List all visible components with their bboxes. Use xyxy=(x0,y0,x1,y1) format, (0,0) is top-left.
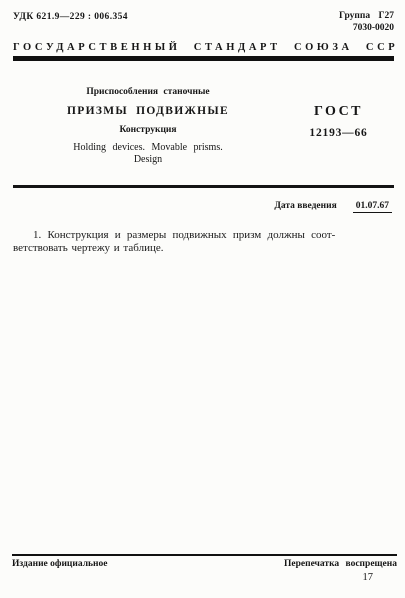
document-subtitle: Конструкция xyxy=(13,125,283,135)
document-page: УДК 621.9—229 : 006.354 Группа Г27 7030-… xyxy=(0,0,405,598)
effective-date-value: 01.07.67 xyxy=(353,201,392,213)
footer-notes-line: Издание официальное Перепечатка воспреще… xyxy=(12,559,397,569)
document-title-english-line2: Design xyxy=(13,154,283,166)
gost-label: ГОСТ xyxy=(283,104,394,120)
document-title-english-line1: Holding devices. Movable prisms. xyxy=(13,142,283,154)
group-label: Группа Г27 xyxy=(339,10,394,22)
gost-designation-block: ГОСТ 12193—66 xyxy=(283,87,394,166)
top-reference-line: УДК 621.9—229 : 006.354 Группа Г27 7030-… xyxy=(13,10,394,34)
clause-1-line1: 1. Конструкция и размеры подвижных призм… xyxy=(13,229,394,242)
official-edition-note: Издание официальное xyxy=(12,559,108,569)
udk-classification: УДК 621.9—229 : 006.354 xyxy=(13,10,128,22)
heading-divider-bar xyxy=(13,56,394,61)
document-category: Приспособления станочные xyxy=(13,87,283,97)
group-code-block: Группа Г27 7030-0020 xyxy=(339,10,394,34)
clause-1-line2: ветствовать чертежу и таблице. xyxy=(13,242,394,255)
section-divider-rule xyxy=(13,185,394,188)
page-number: 17 xyxy=(12,572,397,583)
gost-number: 12193—66 xyxy=(283,127,394,139)
registration-code: 7030-0020 xyxy=(339,22,394,34)
page-content: УДК 621.9—229 : 006.354 Группа Г27 7030-… xyxy=(0,0,405,255)
effective-date-line: Дата введения01.07.67 xyxy=(13,201,394,213)
title-block-left: Приспособления станочные ПРИЗМЫ ПОДВИЖНЫ… xyxy=(13,87,283,166)
page-footer: Издание официальное Перепечатка воспреще… xyxy=(12,554,397,598)
reprint-prohibited-note: Перепечатка воспрещена xyxy=(284,559,397,569)
state-standard-heading: ГОСУДАРСТВЕННЫЙ СТАНДАРТ СОЮЗА ССР xyxy=(13,42,394,53)
title-block: Приспособления станочные ПРИЗМЫ ПОДВИЖНЫ… xyxy=(13,87,394,166)
document-title: ПРИЗМЫ ПОДВИЖНЫЕ xyxy=(13,105,283,117)
clause-1-paragraph: 1. Конструкция и размеры подвижных призм… xyxy=(13,229,394,255)
footer-divider-rule xyxy=(12,554,397,556)
effective-date-label: Дата введения xyxy=(274,201,336,211)
